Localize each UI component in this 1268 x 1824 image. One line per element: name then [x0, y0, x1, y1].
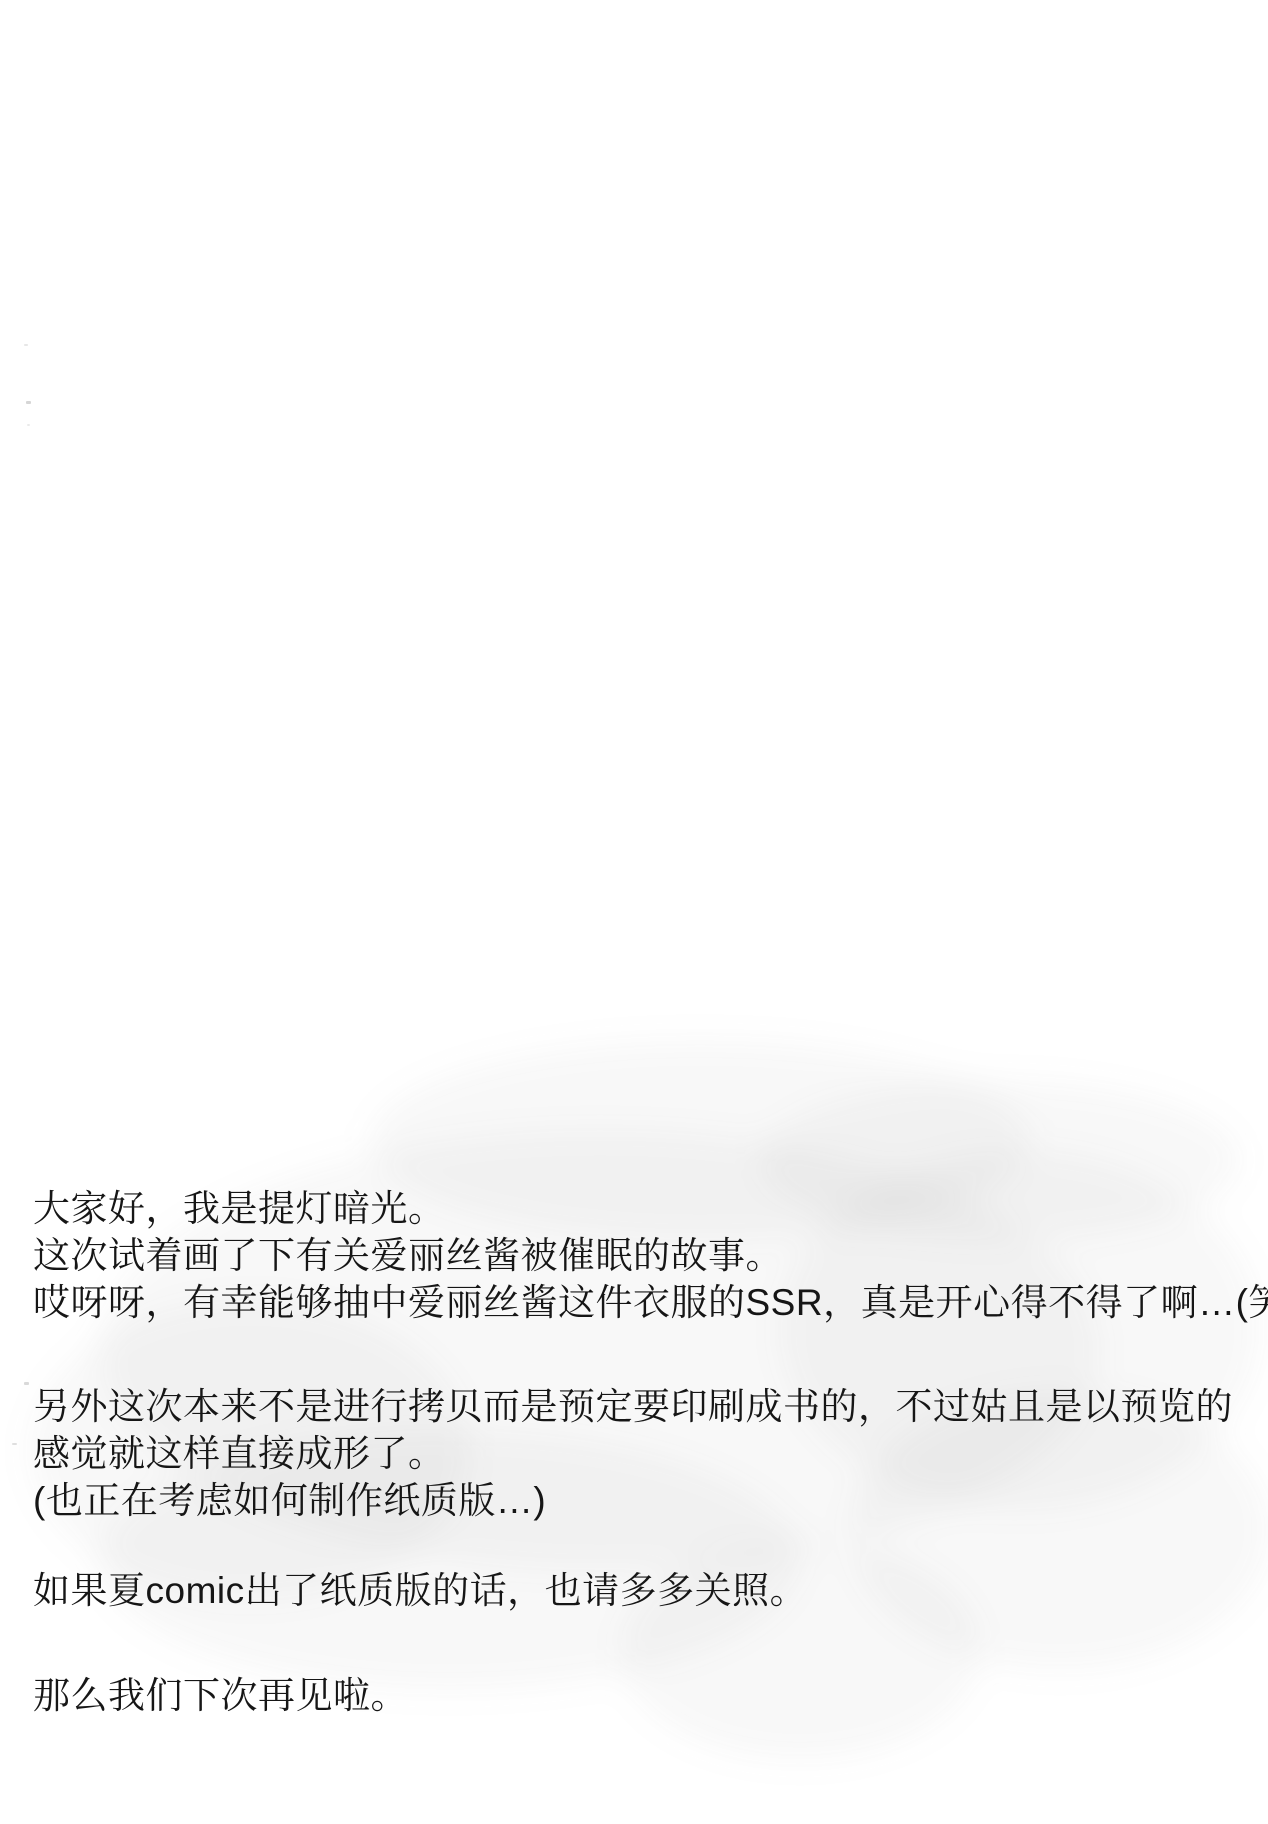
afterword-line: 感觉就这样直接成形了。: [33, 1430, 1268, 1477]
scan-speckle: [12, 1443, 17, 1445]
afterword-line: 大家好，我是提灯暗光。: [33, 1185, 1268, 1232]
afterword-paragraph-farewell: 那么我们下次再见啦。: [33, 1672, 1268, 1719]
afterword-text: 大家好，我是提灯暗光。 这次试着画了下有关爱丽丝酱被催眠的故事。 哎呀呀，有幸能…: [33, 1185, 1268, 1719]
afterword-line: (也正在考虑如何制作纸质版…): [33, 1477, 1268, 1524]
scan-speckle: [24, 1382, 29, 1385]
scan-speckle: [27, 424, 30, 426]
afterword-line: 如果夏comic出了纸质版的话，也请多多关照。: [33, 1567, 1268, 1614]
afterword-line: 另外这次本来不是进行拷贝而是预定要印刷成书的，不过姑且是以预览的: [33, 1383, 1268, 1430]
afterword-line: 哎呀呀，有幸能够抽中爱丽丝酱这件衣服的SSR，真是开心得不得了啊…(笑): [33, 1279, 1268, 1326]
scan-speckle: [24, 344, 28, 346]
afterword-paragraph-printing-note: 另外这次本来不是进行拷贝而是预定要印刷成书的，不过姑且是以预览的 感觉就这样直接…: [33, 1383, 1268, 1524]
afterword-page: 大家好，我是提灯暗光。 这次试着画了下有关爱丽丝酱被催眠的故事。 哎呀呀，有幸能…: [0, 0, 1268, 1824]
scan-speckle: [26, 401, 31, 404]
afterword-paragraph-comic-plug: 如果夏comic出了纸质版的话，也请多多关照。: [33, 1567, 1268, 1614]
afterword-line: 这次试着画了下有关爱丽丝酱被催眠的故事。: [33, 1232, 1268, 1279]
afterword-paragraph-greeting: 大家好，我是提灯暗光。 这次试着画了下有关爱丽丝酱被催眠的故事。 哎呀呀，有幸能…: [33, 1185, 1268, 1326]
afterword-line: 那么我们下次再见啦。: [33, 1672, 1268, 1719]
